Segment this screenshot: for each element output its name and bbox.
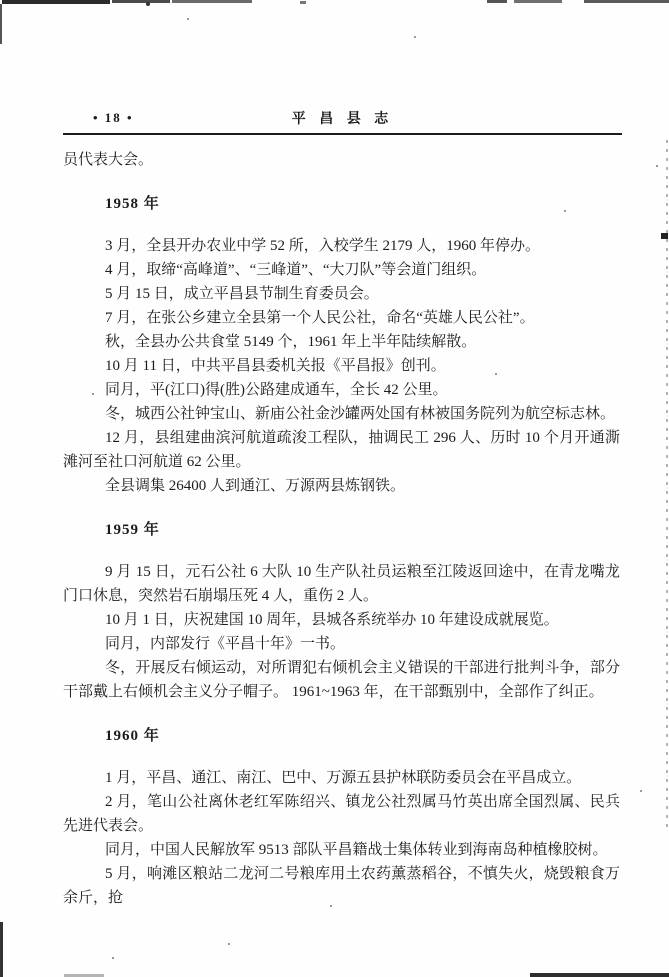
scan-edge-artifact (584, 0, 669, 3)
scan-speck (112, 957, 114, 959)
scan-edge-artifact (300, 1, 306, 4)
chronicle-entry: 12 月，县组建曲滨河航道疏浚工程队，抽调民工 296 人、历时 10 个月开通… (63, 426, 620, 474)
scan-speck (146, 2, 150, 6)
scan-speck (656, 165, 658, 167)
scan-speck (92, 393, 94, 395)
scan-edge-artifact (112, 0, 170, 3)
chronicle-entry: 秋，全县办公共食堂 5149 个，1961 年上半年陆续解散。 (63, 330, 620, 354)
scan-edge-artifact (0, 922, 3, 977)
chronicle-entry: 7 月，在张公乡建立全县第一个人民公社，命名“英雄人民公社”。 (63, 306, 620, 330)
scan-edge-artifact (0, 4, 2, 44)
scan-edge-artifact (530, 973, 669, 977)
chronicle-entry: 3 月，全县开办农业中学 52 所，入校学生 2179 人，1960 年停办。 (63, 234, 620, 258)
scan-speck (495, 373, 497, 375)
chronicle-entry: 4 月，取缔“高峰道”、“三峰道”、“大刀队”等会道门组织。 (63, 258, 620, 282)
scanned-book-page: • 18 • 平 昌 县 志 员代表大会。1958 年3 月，全县开办农业中学 … (0, 0, 669, 977)
chronicle-entry: 10 月 11 日，中共平昌县委机关报《平昌报》创刊。 (63, 354, 620, 378)
chronicle-entry: 全县调集 26400 人到通江、万源两县炼钢铁。 (63, 474, 620, 498)
chronicle-entry: 2 月，笔山公社离休老红军陈绍兴、镇龙公社烈属马竹英出席全国烈属、民兵先进代表会… (63, 790, 620, 838)
chronicle-body: 员代表大会。1958 年3 月，全县开办农业中学 52 所，入校学生 2179 … (63, 148, 620, 910)
chronicle-entry: 同月，中国人民解放军 9513 部队平昌籍战士集体转业到海南岛种植橡胶树。 (63, 838, 620, 862)
scan-edge-artifact (487, 0, 507, 3)
year-heading: 1960 年 (63, 724, 620, 748)
chronicle-entry: 9 月 15 日，元石公社 6 大队 10 生产队社员运粮至江陵返回途中，在青龙… (63, 560, 620, 608)
continuation-line: 员代表大会。 (63, 148, 620, 172)
chronicle-entry: 同月，平(江口)得(胜)公路建成通车，全长 42 公里。 (63, 378, 620, 402)
year-heading: 1958 年 (63, 192, 620, 216)
scan-edge-artifact (514, 0, 562, 3)
running-head: • 18 • 平 昌 县 志 (63, 106, 622, 136)
scan-speck (187, 18, 189, 20)
book-title: 平 昌 县 志 (63, 108, 622, 128)
chronicle-entry: 1 月，平昌、通江、南江、巴中、万源五县护林联防委员会在平昌成立。 (63, 766, 620, 790)
scan-speck (330, 905, 332, 907)
scan-edge-artifact (2, 0, 110, 4)
scan-speck (564, 210, 566, 212)
chronicle-entry: 冬，城西公社钟宝山、新庙公社金沙罐两处国有林被国务院列为航空标志林。 (63, 402, 620, 426)
scan-edge-artifact (666, 140, 668, 830)
chronicle-entry: 5 月，响滩区粮站二龙河二号粮库用土农药薰蒸稻谷，不慎失火，烧毁粮食万余斤，抢 (63, 862, 620, 910)
scan-speck (640, 790, 642, 792)
scan-speck (414, 36, 416, 38)
chronicle-entry: 10 月 1 日，庆祝建国 10 周年，县城各系统举办 10 年建设成就展览。 (63, 608, 620, 632)
scan-speck (228, 943, 230, 945)
chronicle-entry: 同月，内部发行《平昌十年》一书。 (63, 632, 620, 656)
chronicle-entry: 冬，开展反右倾运动，对所谓犯右倾机会主义错误的干部进行批判斗争，部分干部戴上右倾… (63, 656, 620, 704)
header-rule (63, 133, 622, 135)
year-heading: 1959 年 (63, 518, 620, 542)
scan-speck (661, 233, 668, 239)
scan-edge-artifact (172, 0, 252, 3)
chronicle-entry: 5 月 15 日，成立平昌县节制生育委员会。 (63, 282, 620, 306)
